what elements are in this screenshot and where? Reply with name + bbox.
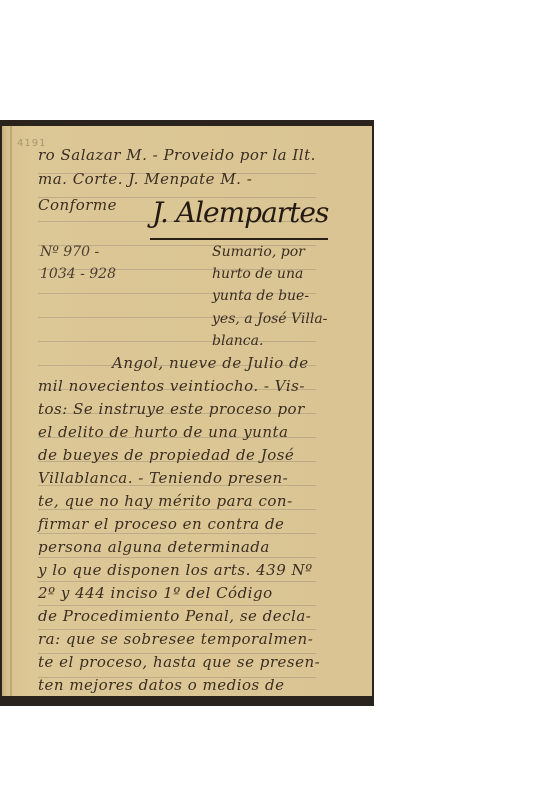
body-line: firmar el proceso en contra de: [38, 515, 284, 533]
summary-line: hurto de una: [212, 266, 303, 282]
body-line: y lo que disponen los arts. 439 Nº: [38, 561, 313, 579]
body-line: el delito de hurto de una yunta: [38, 423, 288, 441]
body-line: te el proceso, hasta que se presen-: [38, 653, 320, 671]
body-line: de bueyes de propiedad de José: [38, 446, 294, 464]
body-line: Angol, nueve de Julio de: [112, 354, 309, 372]
case-number: Nº 970 -: [40, 244, 99, 260]
signature-underline: [150, 238, 328, 240]
signature: J. Alempartes: [152, 196, 328, 229]
body-line: te, que no hay mérito para con-: [38, 492, 293, 510]
header-line: ma. Corte. J. Menpate M. -: [38, 170, 252, 188]
body-line: 2º y 444 inciso 1º del Código: [38, 584, 273, 602]
body-line: de Procedimiento Penal, se decla-: [38, 607, 311, 625]
summary-line: yunta de bue-: [212, 288, 309, 304]
summary-line: yes, a José Villa-: [212, 311, 327, 327]
summary-line: blanca.: [212, 333, 263, 349]
body-line: tos: Se instruye este proceso por: [38, 400, 305, 418]
case-code: 1034 - 928: [40, 266, 116, 282]
body-line: ra: que se sobresee temporalmen-: [38, 630, 313, 648]
summary-line: Sumario, por: [212, 244, 305, 260]
conforme-text: Conforme: [38, 196, 117, 214]
page-margin-edge: [10, 126, 12, 696]
body-line: mil novecientos veintiocho. - Vis-: [38, 377, 305, 395]
body-line: ten mejores datos o medios de: [38, 676, 284, 694]
body-line: Villablanca. - Teniendo presen-: [38, 469, 288, 487]
header-line: ro Salazar M. - Proveido por la Ilt.: [38, 146, 316, 164]
handwritten-ledger-page: 4191 ro Salazar M. - Proveido por la Ilt…: [2, 126, 372, 696]
body-line: persona alguna determinada: [38, 538, 270, 556]
ledger-page-frame: 4191 ro Salazar M. - Proveido por la Ilt…: [0, 120, 374, 706]
